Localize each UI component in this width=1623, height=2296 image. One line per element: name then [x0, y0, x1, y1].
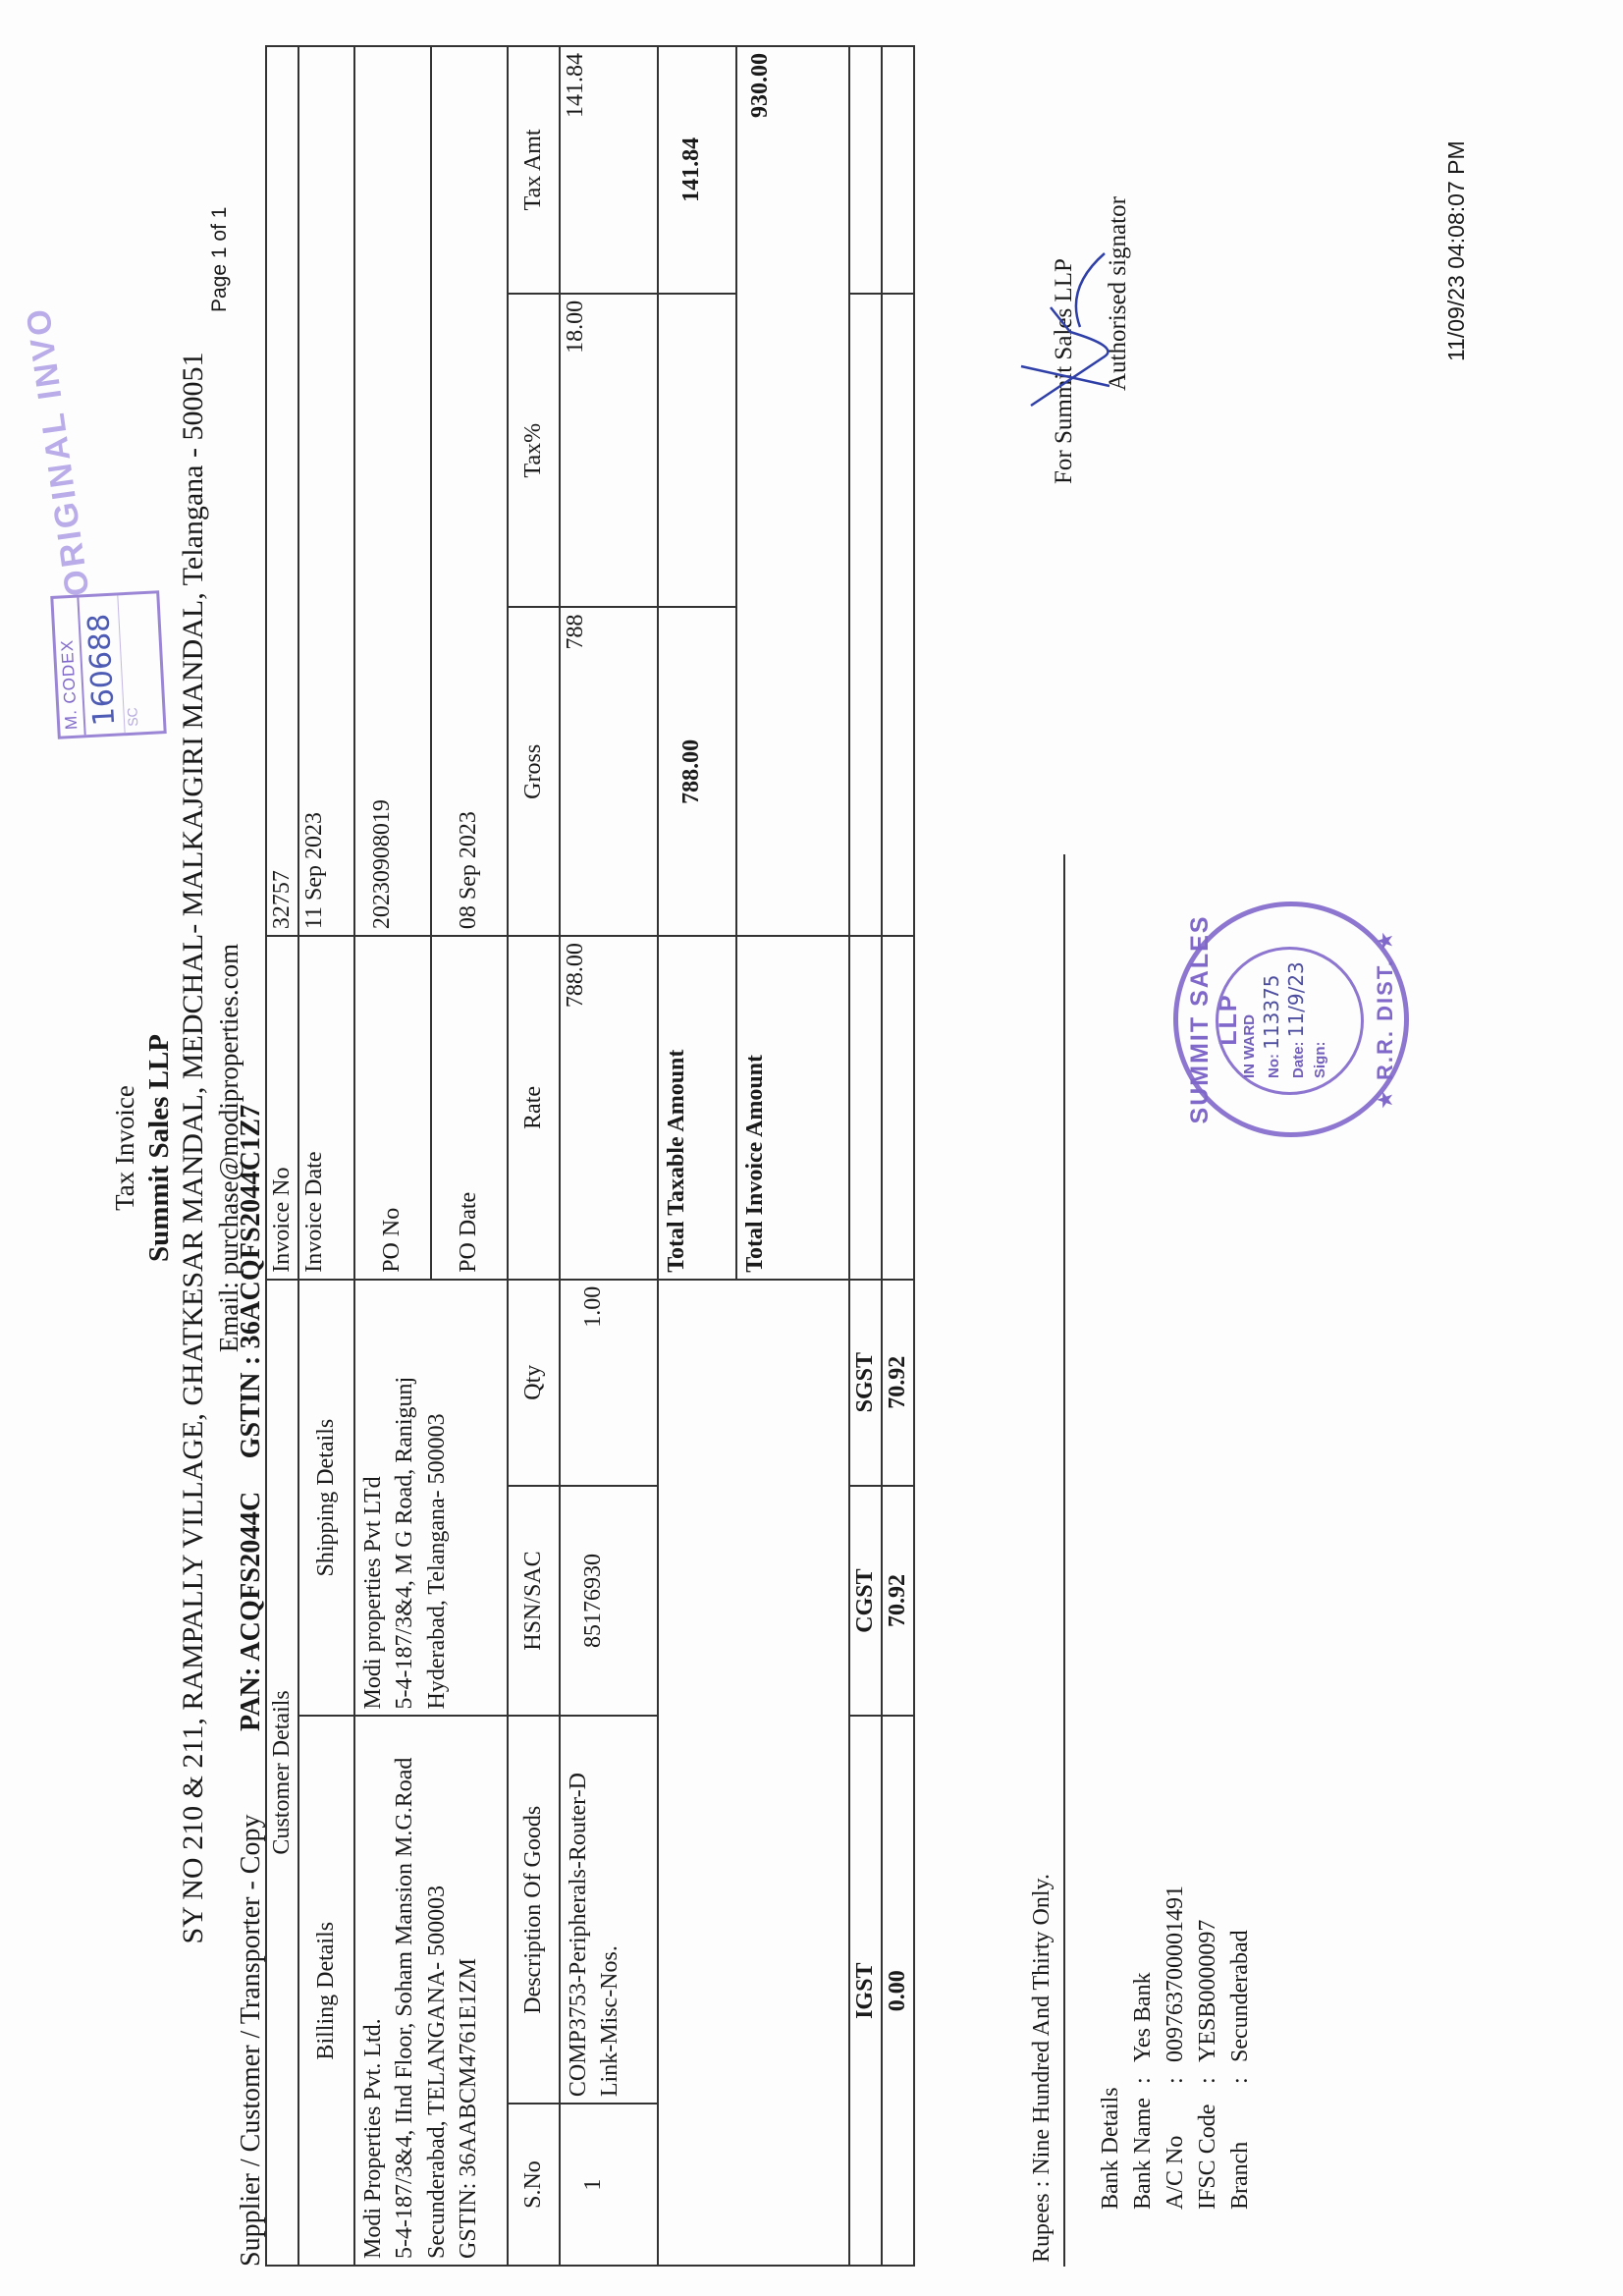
handwritten-signature-icon — [1011, 229, 1129, 425]
gst-blank — [882, 294, 914, 936]
total-taxable-row: Total Taxable Amount 788.00 141.84 — [658, 46, 736, 2266]
cgst-label: CGST — [849, 1486, 882, 1717]
shipping-address: Modi properties Pvt LTd 5-4-187/3&4, M G… — [354, 1280, 508, 1717]
inward-no-value: 113375 — [1260, 974, 1283, 1049]
bank-value: Yes Bank — [1127, 1972, 1160, 2062]
shipping-line: Modi properties Pvt LTd — [357, 1286, 389, 1710]
col-qty: Qty — [508, 1280, 560, 1486]
bank-details: Bank Details Bank Name: Yes Bank A/C No:… — [1095, 1886, 1257, 2210]
col-tax-pct: Tax% — [508, 294, 560, 608]
item-description: COMP3753-Peripherals-Router-D Link-Misc-… — [560, 1716, 658, 2104]
print-timestamp: 11/09/23 04:08:07 PM — [1443, 140, 1470, 361]
original-invoice-stamp: ORIGINAL INVO — [20, 304, 98, 599]
invoice-no-value: 32757 — [266, 46, 298, 936]
bank-row: Bank Name: Yes Bank — [1127, 1886, 1160, 2210]
billing-shipping-header-row: Billing Details Shipping Details Invoice… — [298, 46, 354, 2266]
sgst-value: 70.92 — [882, 1280, 914, 1486]
inward-date-label: Date: — [1290, 1041, 1307, 1078]
shipping-line: 5-4-187/3&4, M G Road, Ranigunj — [389, 1286, 420, 1710]
bank-label: Bank Name — [1127, 2084, 1160, 2210]
invoice-date-value: 11 Sep 2023 — [298, 46, 354, 936]
po-date-label: PO Date — [431, 936, 508, 1280]
gst-blank — [849, 46, 882, 294]
items-header-row: S.No Description Of Goods HSN/SAC Qty Ra… — [508, 46, 560, 2266]
gst-blank — [849, 936, 882, 1280]
gstin-number: GSTIN : 36ACQFS2044C1Z7 — [236, 1105, 266, 1459]
col-sno: S.No — [508, 2104, 560, 2266]
inward-date-value: 11/9/23 — [1284, 961, 1308, 1037]
bank-row: Branch: Secunderabad — [1224, 1886, 1257, 2210]
invoice-no-label: Invoice No — [266, 936, 298, 1280]
amount-in-words: Rupees : Nine Hundred And Thirty Only. — [1021, 854, 1065, 2267]
invoice-date-label: Invoice Date — [298, 936, 354, 1280]
item-qty: 1.00 — [560, 1280, 658, 1486]
inward-label: IN WARD — [1239, 961, 1261, 1078]
bank-value: YESB0000097 — [1192, 1920, 1224, 2062]
total-invoice-label: Total Invoice Amount — [736, 936, 849, 1280]
document-title: Tax Invoice — [110, 0, 140, 2296]
item-gross: 788 — [560, 607, 658, 936]
invoice-table: Customer Details Invoice No 32757 Billin… — [265, 45, 915, 2267]
gst-blank — [882, 936, 914, 1280]
company-name: Summit Sales LLP — [143, 0, 176, 2296]
col-tax-amt: Tax Amt — [508, 46, 560, 294]
bank-value: Secunderabad — [1224, 1930, 1257, 2062]
gst-blank — [849, 294, 882, 936]
invoice-page: Tax Invoice Summit Sales LLP SY NO 210 &… — [0, 0, 1623, 2296]
inward-box: IN WARD No: 113375 Date: 11/9/23 Sign: — [1239, 961, 1331, 1078]
col-hsn: HSN/SAC — [508, 1486, 560, 1717]
codex-stamp: M. CODEX 160688 SC — [50, 590, 166, 739]
item-hsn: 85176930 — [560, 1486, 658, 1717]
company-address: SY NO 210 & 211, RAMPALLY VILLAGE, GHATK… — [177, 0, 210, 2296]
shipping-line: Hyderabad, Telangana- 500003 — [421, 1286, 453, 1710]
gst-values-row: 0.00 70.92 70.92 — [882, 46, 914, 2266]
billing-gstin: GSTIN: 36AABCM4761E1ZM — [453, 1722, 484, 2259]
col-rate: Rate — [508, 936, 560, 1280]
stamp-ring-bottom: ★ R.R. DIST. ★ — [1373, 906, 1398, 1132]
col-description: Description Of Goods — [508, 1716, 560, 2104]
customer-details-heading: Customer Details — [266, 1280, 298, 2266]
totals-blank — [658, 1280, 849, 2266]
bank-label: A/C No — [1160, 2084, 1192, 2210]
po-date-value: 08 Sep 2023 — [431, 46, 508, 936]
bank-label: Branch — [1224, 2084, 1257, 2210]
total-taxable-label: Total Taxable Amount — [658, 936, 736, 1280]
po-no-value: 20230908019 — [354, 46, 431, 936]
bank-row: A/C No: 009763700001491 — [1160, 1886, 1192, 2210]
igst-label: IGST — [849, 1716, 882, 2266]
po-no-label: PO No — [354, 936, 431, 1280]
cgst-value: 70.92 — [882, 1486, 914, 1717]
item-sno: 1 — [560, 2104, 658, 2266]
total-taxable-tax: 141.84 — [658, 46, 736, 294]
bank-label: IFSC Code — [1192, 2084, 1224, 2210]
inward-sign-label: Sign: — [1310, 961, 1331, 1078]
shipping-details-heading: Shipping Details — [298, 1280, 354, 1717]
total-invoice-amount: 930.00 — [736, 46, 849, 936]
billing-line: Secunderabad, TELANGANA- 500003 — [421, 1722, 453, 2259]
col-gross: Gross — [508, 607, 560, 936]
billing-line: Modi Properties Pvt. Ltd. — [357, 1722, 389, 2259]
inward-no-label: No: — [1266, 1054, 1282, 1078]
total-taxable-gross: 788.00 — [658, 607, 736, 936]
item-tax-amt: 141.84 — [560, 46, 658, 294]
igst-value: 0.00 — [882, 1716, 914, 2266]
page-number: Page 1 of 1 — [208, 207, 232, 312]
pan-number: PAN: ACQFS2044C — [236, 1492, 266, 1731]
billing-details-heading: Billing Details — [298, 1716, 354, 2266]
customer-header-row: Customer Details Invoice No 32757 — [266, 46, 298, 2266]
gst-header-row: IGST CGST SGST — [849, 46, 882, 2266]
company-seal-stamp: SUMMIT SALES LLP IN WARD No: 113375 Date… — [1173, 902, 1409, 1137]
table-row: 1 COMP3753-Peripherals-Router-D Link-Mis… — [560, 46, 658, 2266]
copy-label: Supplier / Customer / Transporter - Copy — [236, 1815, 267, 2267]
billing-address: Modi Properties Pvt. Ltd. 5-4-187/3&4, I… — [354, 1716, 508, 2266]
gst-blank — [882, 46, 914, 294]
sgst-label: SGST — [849, 1280, 882, 1486]
total-taxable-blank — [658, 294, 736, 608]
address-row: Modi Properties Pvt. Ltd. 5-4-187/3&4, I… — [354, 46, 431, 2266]
bank-value: 009763700001491 — [1160, 1886, 1192, 2062]
tax-ids: PAN: ACQFS2044C GSTIN : 36ACQFS2044C1Z7 — [236, 1079, 267, 1731]
billing-line: 5-4-187/3&4, IInd Floor, Soham Mansion M… — [389, 1722, 420, 2259]
bank-details-title: Bank Details — [1095, 1886, 1127, 2210]
item-rate: 788.00 — [560, 936, 658, 1280]
item-tax-pct: 18.00 — [560, 294, 658, 608]
bank-row: IFSC Code: YESB0000097 — [1192, 1886, 1224, 2210]
